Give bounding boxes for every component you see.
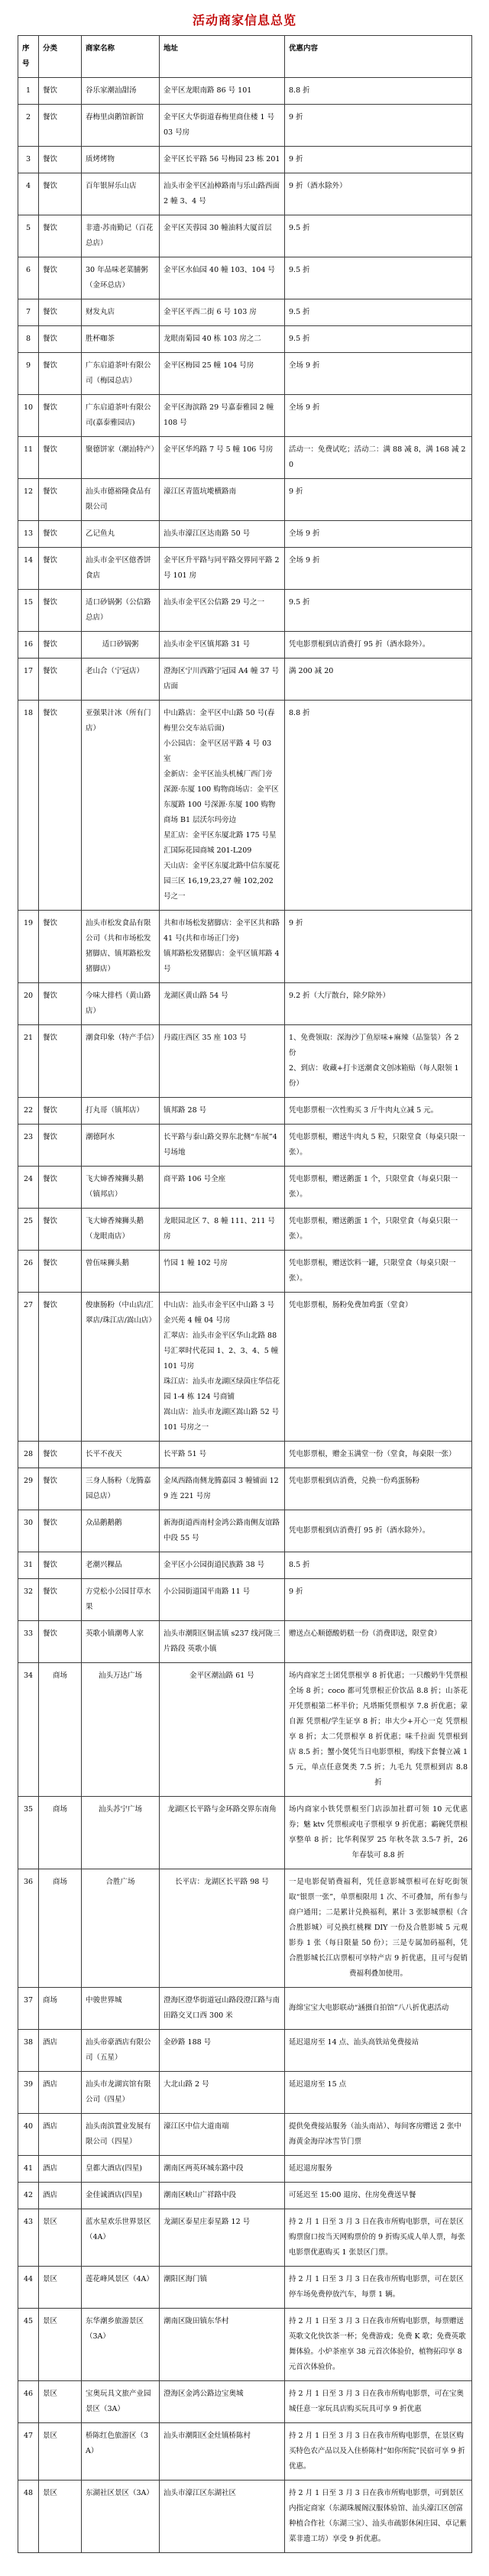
cell-address: 澄海区宁川西路宁冠园 A4 幢 37 号店面 xyxy=(160,659,285,701)
cell-address: 金平区海滨路 29 号嘉泰雅园 2 幢 108 号 xyxy=(160,395,285,437)
cell-discount-content: 1、免费领取：深海沙丁鱼原味+麻辣（品鉴装）各 2 份 2、到店：收藏+打卡送潮… xyxy=(285,1025,472,1098)
cell-serial-number: 23 xyxy=(18,1125,39,1167)
cell-merchant-name: 潮德阿水 xyxy=(82,1125,160,1167)
cell-address: 龙湖区黄山路 54 号 xyxy=(160,983,285,1025)
cell-category: 景区 xyxy=(39,2481,82,2553)
table-row: 47 景区 桥陈红色旅游区（3A） 汕头市潮阳区金灶镇桥陈村 持 2 月 1 日… xyxy=(18,2423,472,2481)
cell-category: 景区 xyxy=(39,2309,82,2381)
cell-address: 潮南区两英环城东路中段 xyxy=(160,2156,285,2183)
table-row: 21 餐饮 潮食印象（特产手信） 丹霞庄西区 35 座 103 号 1、免费领取… xyxy=(18,1025,472,1098)
cell-category: 餐饮 xyxy=(39,659,82,701)
cell-merchant-name: 飞大婶香辣狮头鹅（龙眼南店） xyxy=(82,1209,160,1251)
cell-address: 潮南区陇田镇东华村 xyxy=(160,2309,285,2381)
cell-discount-content: 8.8 折 xyxy=(285,78,472,105)
cell-address: 竹园 1 幢 102 号房 xyxy=(160,1251,285,1293)
cell-discount-content: 持 2 月 1 日至 3 月 3 日在我市所购电影票，可在宝奥城任意一家玩具店购… xyxy=(285,2381,472,2423)
table-row: 31 餐饮 老潮兴粿品 金平区小公园街道民族路 38 号 8.5 折 xyxy=(18,1552,472,1579)
cell-address: 汕头市濠江区东湖社区 xyxy=(160,2481,285,2553)
cell-category: 餐饮 xyxy=(39,701,82,911)
cell-discount-content: 全场 9 折 xyxy=(285,548,472,590)
table-header: 序号 分类 商家名称 地址 优惠内容 xyxy=(18,36,472,78)
cell-merchant-name: 汕头市金平区億香饼食店 xyxy=(82,548,160,590)
cell-merchant-name: 宝奥玩具文旅产业园景区（3A） xyxy=(82,2381,160,2423)
cell-discount-content: 凭电影票根，赠送鹅蛋 1 个，只限堂食（每桌只限一张）。 xyxy=(285,1167,472,1209)
cell-serial-number: 2 xyxy=(18,105,39,147)
cell-merchant-name: 乙记鱼丸 xyxy=(82,521,160,548)
cell-discount-content: 持 2 月 1 日至 3 月 3 日在我市所购电影票，可到景区内指定商家（东湖珠… xyxy=(285,2481,472,2553)
cell-category: 景区 xyxy=(39,2381,82,2423)
cell-category: 餐饮 xyxy=(39,1468,82,1510)
cell-address: 金平区龙眼南路 86 号 101 xyxy=(160,78,285,105)
cell-serial-number: 5 xyxy=(18,215,39,257)
table-row: 24 餐饮 飞大婶香辣狮头鹅（镇邦店） 商平路 106 号全座 凭电影票根，赠送… xyxy=(18,1167,472,1209)
cell-serial-number: 17 xyxy=(18,659,39,701)
table-row: 23 餐饮 潮德阿水 长平路与泰山路交界东北侧“车展”4 号场地 凭电影票根，赠… xyxy=(18,1125,472,1167)
cell-serial-number: 11 xyxy=(18,437,39,479)
table-row: 20 餐饮 今味大排档（黄山路店） 龙湖区黄山路 54 号 9.2 折（大厅散台… xyxy=(18,983,472,1025)
cell-serial-number: 27 xyxy=(18,1293,39,1442)
cell-category: 餐饮 xyxy=(39,983,82,1025)
cell-merchant-name: 皇都大酒店(四星) xyxy=(82,2156,160,2183)
cell-address: 金平区升平路与同平路交界同平路 2 号 101 房 xyxy=(160,548,285,590)
table-row: 27 餐饮 俊康肠粉（中山店/汇翠店/珠江店/嵩山店） 中山店：汕头市金平区中山… xyxy=(18,1293,472,1442)
table-row: 17 餐饮 老山合（宁冠店） 澄海区宁川西路宁冠园 A4 幢 37 号店面 满 … xyxy=(18,659,472,701)
cell-merchant-name: 春梅里卤鹅馆新馆 xyxy=(82,105,160,147)
cell-discount-content: 凭电影票根到店消费打 95 折（酒水除外）。 xyxy=(285,632,472,659)
cell-category: 酒店 xyxy=(39,2072,82,2114)
cell-discount-content: 凭电影票根到店消费打 95 折（酒水除外）。 xyxy=(285,1510,472,1552)
cell-category: 商场 xyxy=(39,1869,82,1988)
cell-serial-number: 33 xyxy=(18,1621,39,1663)
cell-address: 金平区水仙园 40 幢 103、104 号 xyxy=(160,257,285,299)
cell-serial-number: 26 xyxy=(18,1251,39,1293)
cell-discount-content: 9 折 xyxy=(285,479,472,521)
cell-merchant-name: 汕头市松发食品有限公司（共和市场松发猪脚店、镇邦路松发猪脚店） xyxy=(82,911,160,983)
cell-serial-number: 37 xyxy=(18,1988,39,2030)
cell-category: 餐饮 xyxy=(39,1025,82,1098)
column-header-discount: 优惠内容 xyxy=(285,36,472,78)
cell-merchant-name: 三身人肠粉（龙腾嘉园总店） xyxy=(82,1468,160,1510)
table-row: 28 餐饮 长平不夜天 长平路 51 号 凭电影票根，赠金玉满堂一份（堂食，每桌… xyxy=(18,1442,472,1468)
cell-address: 金平区长平路 56 号梅园 23 栋 201 xyxy=(160,147,285,173)
cell-discount-content: 凭电影票根，肠粉免费加鸡蛋（堂食） xyxy=(285,1293,472,1442)
cell-discount-content: 可延迟至 15:00 退房、住房免费送早餐 xyxy=(285,2183,472,2209)
cell-serial-number: 44 xyxy=(18,2267,39,2309)
cell-merchant-name: 适口砂锅粥 xyxy=(82,632,160,659)
table-row: 38 酒店 汕头帝豪酒店有限公司（五星） 金砂路 188 号 延迟退房至 14 … xyxy=(18,2030,472,2072)
cell-merchant-name: 潮食印象（特产手信） xyxy=(82,1025,160,1098)
cell-serial-number: 10 xyxy=(18,395,39,437)
cell-address: 大北山路 2 号 xyxy=(160,2072,285,2114)
cell-address: 中山店：汕头市金平区中山路 3 号金兴苑 4 幢 04 号房 汇翠店：汕头市金平… xyxy=(160,1293,285,1442)
cell-category: 餐饮 xyxy=(39,911,82,983)
cell-discount-content: 场内商家芝士团凭票根享 8 折优惠；一只酸奶牛凭票根全场 8 折；coco 都可… xyxy=(285,1663,472,1797)
cell-category: 景区 xyxy=(39,2209,82,2267)
cell-serial-number: 1 xyxy=(18,78,39,105)
cell-address: 新海街道西南村金鸿公路南侧友谊路中段 55 号 xyxy=(160,1510,285,1552)
cell-category: 餐饮 xyxy=(39,326,82,353)
cell-serial-number: 9 xyxy=(18,353,39,395)
cell-discount-content: 凭电影票根一次性购买 3 斤牛肉丸立减 5 元。 xyxy=(285,1098,472,1125)
cell-address: 金平区潮汕路 61 号 xyxy=(160,1663,285,1797)
cell-category: 餐饮 xyxy=(39,395,82,437)
cell-merchant-name: 广东启道茶叶有限公司（梅园总店） xyxy=(82,353,160,395)
table-row: 42 酒店 金佳诚酒店(四星) 潮南区峡山广祥路中段 可延迟至 15:00 退房… xyxy=(18,2183,472,2209)
cell-address: 丹霞庄西区 35 座 103 号 xyxy=(160,1025,285,1098)
cell-discount-content: 凭电影票根到店消费，兑换一份鸡蛋肠粉 xyxy=(285,1468,472,1510)
cell-category: 餐饮 xyxy=(39,1510,82,1552)
cell-category: 商场 xyxy=(39,1797,82,1869)
cell-merchant-name: 俊康肠粉（中山店/汇翠店/珠江店/嵩山店） xyxy=(82,1293,160,1442)
cell-discount-content: 全场 9 折 xyxy=(285,395,472,437)
table-row: 4 餐饮 百年银屏乐山店 汕头市金平区汕樟路南与乐山路西面 2 幢 3、4 号 … xyxy=(18,173,472,215)
cell-discount-content: 9 折 xyxy=(285,911,472,983)
cell-category: 餐饮 xyxy=(39,1293,82,1442)
cell-discount-content: 9 折 xyxy=(285,147,472,173)
cell-category: 餐饮 xyxy=(39,1621,82,1663)
cell-discount-content: 9.5 折 xyxy=(285,215,472,257)
cell-address: 汕头市濠江区达南路 50 号 xyxy=(160,521,285,548)
table-row: 37 商场 中骏世界城 澄海区澄华街道冠山路段澄江路与南田路交叉口西 300 米… xyxy=(18,1988,472,2030)
cell-category: 餐饮 xyxy=(39,105,82,147)
table-row: 22 餐饮 打丸哥（镇邦店） 镇邦路 28 号 凭电影票根一次性购买 3 斤牛肉… xyxy=(18,1098,472,1125)
cell-serial-number: 45 xyxy=(18,2309,39,2381)
cell-merchant-name: 广东启道茶叶有限公司(嘉泰雅园店) xyxy=(82,395,160,437)
table-row: 1 餐饮 谷乐家潮汕甜汤 金平区龙眼南路 86 号 101 8.8 折 xyxy=(18,78,472,105)
cell-address: 共和市场松发猪脚店：金平区共和路 41 号(共和市场正门旁) 镇邦路松发猪脚店：… xyxy=(160,911,285,983)
cell-serial-number: 16 xyxy=(18,632,39,659)
cell-merchant-name: 胜杯咖茶 xyxy=(82,326,160,353)
cell-merchant-name: 众品鹅鹅鹅 xyxy=(82,1510,160,1552)
cell-serial-number: 34 xyxy=(18,1663,39,1797)
cell-category: 餐饮 xyxy=(39,548,82,590)
cell-address: 金凤西路南侧龙腾嘉园 3 幢铺面 129 连 221 号房 xyxy=(160,1468,285,1510)
cell-address: 龙眼南菊园 40 栋 103 房之二 xyxy=(160,326,285,353)
cell-category: 餐饮 xyxy=(39,299,82,326)
cell-serial-number: 12 xyxy=(18,479,39,521)
table-row: 16 餐饮 适口砂锅粥 汕头市金平区镇邦路 31 号 凭电影票根到店消费打 95… xyxy=(18,632,472,659)
table-row: 10 餐饮 广东启道茶叶有限公司(嘉泰雅园店) 金平区海滨路 29 号嘉泰雅园 … xyxy=(18,395,472,437)
cell-address: 长平路 51 号 xyxy=(160,1442,285,1468)
cell-merchant-name: 聚德饼家（潮汕特产） xyxy=(82,437,160,479)
table-row: 7 餐饮 财发丸店 金平区平西二街 6 号 103 房 9.5 折 xyxy=(18,299,472,326)
header-row: 序号 分类 商家名称 地址 优惠内容 xyxy=(18,36,472,78)
cell-serial-number: 14 xyxy=(18,548,39,590)
cell-address: 金平区大华街道春梅里商住楼 1 号 03 号房 xyxy=(160,105,285,147)
cell-merchant-name: 打丸哥（镇邦店） xyxy=(82,1098,160,1125)
table-row: 25 餐饮 飞大婶香辣狮头鹅（龙眼南店） 龙眼园北区 7、8 幢 111、211… xyxy=(18,1209,472,1251)
cell-category: 景区 xyxy=(39,2267,82,2309)
cell-serial-number: 18 xyxy=(18,701,39,911)
table-row: 14 餐饮 汕头市金平区億香饼食店 金平区升平路与同平路交界同平路 2 号 10… xyxy=(18,548,472,590)
document-page: 活动商家信息总览 序号 分类 商家名称 地址 优惠内容 1 餐饮 谷乐家潮汕甜汤… xyxy=(0,0,489,2576)
cell-serial-number: 48 xyxy=(18,2481,39,2553)
cell-discount-content: 满 200 减 20 xyxy=(285,659,472,701)
cell-category: 餐饮 xyxy=(39,353,82,395)
table-row: 11 餐饮 聚德饼家（潮汕特产） 金平区华坞路 7 号 5 幢 106 号房 活… xyxy=(18,437,472,479)
cell-address: 濠江区青篮坑墘横路南 xyxy=(160,479,285,521)
cell-merchant-name: 东湖社区景区（3A） xyxy=(82,2481,160,2553)
cell-address: 潮南区峡山广祥路中段 xyxy=(160,2183,285,2209)
cell-discount-content: 9.5 折 xyxy=(285,257,472,299)
cell-merchant-name: 质烤烤物 xyxy=(82,147,160,173)
cell-category: 餐饮 xyxy=(39,590,82,632)
cell-category: 餐饮 xyxy=(39,437,82,479)
table-row: 8 餐饮 胜杯咖茶 龙眼南菊园 40 栋 103 房之二 9.5 折 xyxy=(18,326,472,353)
cell-address: 龙湖区长平路与金环路交界东南角 xyxy=(160,1797,285,1869)
cell-serial-number: 24 xyxy=(18,1167,39,1209)
table-row: 32 餐饮 方党松小公园甘草水果 小公园街道国平南路 11 号 9 折 xyxy=(18,1579,472,1621)
cell-discount-content: 凭电影票根，赠送牛肉丸 5 粒，只限堂食（每桌只限一张）。 xyxy=(285,1125,472,1167)
cell-discount-content: 延迟退房至 15 点 xyxy=(285,2072,472,2114)
cell-category: 餐饮 xyxy=(39,521,82,548)
cell-merchant-name: 汕头市德裕隆食品有限公司 xyxy=(82,479,160,521)
cell-category: 商场 xyxy=(39,1988,82,2030)
column-header-no: 序号 xyxy=(18,36,39,78)
cell-discount-content: 持 2 月 1 日至 3 月 3 日在我市所购电影票，可在景区购票窗口按当天网购… xyxy=(285,2209,472,2267)
cell-serial-number: 29 xyxy=(18,1468,39,1510)
cell-discount-content: 赠送点心顺德酸奶糕一份（消费即送，限堂食） xyxy=(285,1621,472,1663)
cell-serial-number: 46 xyxy=(18,2381,39,2423)
table-row: 29 餐饮 三身人肠粉（龙腾嘉园总店） 金凤西路南侧龙腾嘉园 3 幢铺面 129… xyxy=(18,1468,472,1510)
cell-discount-content: 凭电影票根，赠金玉满堂一份（堂食，每桌限一张） xyxy=(285,1442,472,1468)
cell-address: 汕头市金平区镇邦路 31 号 xyxy=(160,632,285,659)
cell-serial-number: 8 xyxy=(18,326,39,353)
cell-discount-content: 海绵宝宝大电影联动“涵摄自拍馆”八八折优惠活动 xyxy=(285,1988,472,2030)
cell-category: 餐饮 xyxy=(39,1167,82,1209)
cell-serial-number: 40 xyxy=(18,2114,39,2156)
table-row: 34 商场 汕头万达广场 金平区潮汕路 61 号 场内商家芝士团凭票根享 8 折… xyxy=(18,1663,472,1797)
cell-discount-content: 全场 9 折 xyxy=(285,521,472,548)
table-row: 9 餐饮 广东启道茶叶有限公司（梅园总店） 金平区梅园 25 幢 104 号房 … xyxy=(18,353,472,395)
cell-discount-content: 9 折 xyxy=(285,1579,472,1621)
cell-merchant-name: 财发丸店 xyxy=(82,299,160,326)
cell-serial-number: 47 xyxy=(18,2423,39,2481)
cell-serial-number: 35 xyxy=(18,1797,39,1869)
cell-discount-content: 持 2 月 1 日至 3 月 3 日在我市所购电影票，可在景区停车场免费停放汽车… xyxy=(285,2267,472,2309)
table-row: 2 餐饮 春梅里卤鹅馆新馆 金平区大华街道春梅里商住楼 1 号 03 号房 9 … xyxy=(18,105,472,147)
cell-serial-number: 22 xyxy=(18,1098,39,1125)
cell-discount-content: 9.5 折 xyxy=(285,590,472,632)
table-row: 43 景区 蓝水星欢乐世界景区（4A） 龙湖区泰星庄泰星路 12 号 持 2 月… xyxy=(18,2209,472,2267)
table-row: 35 商场 汕头苏宁广场 龙湖区长平路与金环路交界东南角 场内商家小铁凭票根至门… xyxy=(18,1797,472,1869)
cell-serial-number: 15 xyxy=(18,590,39,632)
cell-category: 餐饮 xyxy=(39,1125,82,1167)
cell-address: 金平区小公园街道民族路 38 号 xyxy=(160,1552,285,1579)
cell-merchant-name: 长平不夜天 xyxy=(82,1442,160,1468)
cell-merchant-name: 汕头市龙湖宾馆有限公司（四星） xyxy=(82,2072,160,2114)
cell-merchant-name: 中骏世界城 xyxy=(82,1988,160,2030)
cell-merchant-name: 30 年品味老菜脯粥（金环总店） xyxy=(82,257,160,299)
cell-merchant-name: 方党松小公园甘草水果 xyxy=(82,1579,160,1621)
cell-discount-content: 延迟退房至 14 点、汕头高铁站免费接站 xyxy=(285,2030,472,2072)
cell-serial-number: 41 xyxy=(18,2156,39,2183)
cell-address: 濠江区中信大道南端 xyxy=(160,2114,285,2156)
cell-category: 餐饮 xyxy=(39,1098,82,1125)
cell-serial-number: 36 xyxy=(18,1869,39,1988)
cell-address: 汕头市金平区公信路 29 号之一 xyxy=(160,590,285,632)
cell-address: 龙湖区泰星庄泰星路 12 号 xyxy=(160,2209,285,2267)
cell-merchant-name: 谷乐家潮汕甜汤 xyxy=(82,78,160,105)
cell-merchant-name: 适口砂锅粥（公信路总店） xyxy=(82,590,160,632)
cell-address: 金砂路 188 号 xyxy=(160,2030,285,2072)
table-row: 44 景区 莲花峰风景区（4A） 潮阳区海门镇 持 2 月 1 日至 3 月 3… xyxy=(18,2267,472,2309)
cell-merchant-name: 汕头帝豪酒店有限公司（五星） xyxy=(82,2030,160,2072)
cell-merchant-name: 汕头南滨置业发展有限公司（四星） xyxy=(82,2114,160,2156)
cell-address: 镇邦路 28 号 xyxy=(160,1098,285,1125)
cell-discount-content: 一是电影促销费福利，凭任意影城票根可在好吃街领取“银票一张”，单票根限用 1 次… xyxy=(285,1869,472,1988)
table-row: 26 餐饮 曾伍味狮头鹅 竹园 1 幢 102 号房 凭电影票根，赠送饮料一罐，… xyxy=(18,1251,472,1293)
cell-serial-number: 3 xyxy=(18,147,39,173)
table-row: 30 餐饮 众品鹅鹅鹅 新海街道西南村金鸿公路南侧友谊路中段 55 号 凭电影票… xyxy=(18,1510,472,1552)
cell-discount-content: 9.5 折 xyxy=(285,326,472,353)
cell-serial-number: 43 xyxy=(18,2209,39,2267)
cell-merchant-name: 今味大排档（黄山路店） xyxy=(82,983,160,1025)
cell-merchant-name: 东华潮乡旅游景区（3A） xyxy=(82,2309,160,2381)
cell-serial-number: 25 xyxy=(18,1209,39,1251)
merchant-table: 序号 分类 商家名称 地址 优惠内容 1 餐饮 谷乐家潮汕甜汤 金平区龙眼南路 … xyxy=(18,35,472,2553)
cell-merchant-name: 曾伍味狮头鹅 xyxy=(82,1251,160,1293)
cell-serial-number: 31 xyxy=(18,1552,39,1579)
table-row: 19 餐饮 汕头市松发食品有限公司（共和市场松发猪脚店、镇邦路松发猪脚店） 共和… xyxy=(18,911,472,983)
cell-discount-content: 活动一：免费试吃；活动二：满 88 减 8，满 168 减 20 xyxy=(285,437,472,479)
cell-category: 餐饮 xyxy=(39,479,82,521)
cell-merchant-name: 老山合（宁冠店） xyxy=(82,659,160,701)
cell-merchant-name: 桥陈红色旅游区（3A） xyxy=(82,2423,160,2481)
cell-address: 金平区平西二街 6 号 103 房 xyxy=(160,299,285,326)
cell-category: 酒店 xyxy=(39,2030,82,2072)
cell-category: 餐饮 xyxy=(39,257,82,299)
table-row: 36 商场 合胜广场 长平店：龙湖区长平路 98 号 一是电影促销费福利，凭任意… xyxy=(18,1869,472,1988)
cell-discount-content: 9 折（酒水除外） xyxy=(285,173,472,215)
cell-merchant-name: 汕头万达广场 xyxy=(82,1663,160,1797)
cell-address: 汕头市金平区汕樟路南与乐山路西面 2 幢 3、4 号 xyxy=(160,173,285,215)
column-header-name: 商家名称 xyxy=(82,36,160,78)
cell-category: 酒店 xyxy=(39,2156,82,2183)
cell-serial-number: 39 xyxy=(18,2072,39,2114)
cell-discount-content: 9.2 折（大厅散台，除夕除外） xyxy=(285,983,472,1025)
table-row: 13 餐饮 乙记鱼丸 汕头市濠江区达南路 50 号 全场 9 折 xyxy=(18,521,472,548)
page-title: 活动商家信息总览 xyxy=(18,11,471,28)
cell-address: 汕头市潮阳区金灶镇桥陈村 xyxy=(160,2423,285,2481)
cell-discount-content: 9.5 折 xyxy=(285,299,472,326)
cell-discount-content: 8.5 折 xyxy=(285,1552,472,1579)
cell-merchant-name: 老潮兴粿品 xyxy=(82,1552,160,1579)
cell-discount-content: 延迟退房服务 xyxy=(285,2156,472,2183)
cell-merchant-name: 汕头苏宁广场 xyxy=(82,1797,160,1869)
cell-address: 潮阳区海门镇 xyxy=(160,2267,285,2309)
cell-discount-content: 提供免费接站服务（汕头南站）、每间客房赠送 2 张中海黄金海岸冰雪节门票 xyxy=(285,2114,472,2156)
cell-discount-content: 场内商家小铁凭票根至门店添加社群可领 10 元优惠券；魅 ktv 凭票根或电子票… xyxy=(285,1797,472,1869)
cell-serial-number: 19 xyxy=(18,911,39,983)
cell-discount-content: 持 2 月 1 日至 3 月 3 日在我市所购电影票，在景区购买特色农产品以及入… xyxy=(285,2423,472,2481)
table-row: 5 餐饮 非遗·苏南勤记（百花总店） 金平区芙蓉园 30 幢油料大厦首层 9.5… xyxy=(18,215,472,257)
cell-address: 金平区梅园 25 幢 104 号房 xyxy=(160,353,285,395)
cell-merchant-name: 飞大婶香辣狮头鹅（镇邦店） xyxy=(82,1167,160,1209)
cell-merchant-name: 英歌小镇潮粤人家 xyxy=(82,1621,160,1663)
cell-serial-number: 32 xyxy=(18,1579,39,1621)
table-row: 12 餐饮 汕头市德裕隆食品有限公司 濠江区青篮坑墘横路南 9 折 xyxy=(18,479,472,521)
cell-category: 酒店 xyxy=(39,2183,82,2209)
cell-category: 餐饮 xyxy=(39,215,82,257)
table-row: 46 景区 宝奥玩具文旅产业园景区（3A） 澄海区金鸿公路边宝奥城 持 2 月 … xyxy=(18,2381,472,2423)
cell-serial-number: 21 xyxy=(18,1025,39,1098)
cell-category: 商场 xyxy=(39,1663,82,1797)
table-row: 48 景区 东湖社区景区（3A） 汕头市濠江区东湖社区 持 2 月 1 日至 3… xyxy=(18,2481,472,2553)
cell-merchant-name: 合胜广场 xyxy=(82,1869,160,1988)
column-header-category: 分类 xyxy=(39,36,82,78)
cell-address: 商平路 106 号全座 xyxy=(160,1167,285,1209)
cell-category: 酒店 xyxy=(39,2114,82,2156)
table-row: 40 酒店 汕头南滨置业发展有限公司（四星） 濠江区中信大道南端 提供免费接站服… xyxy=(18,2114,472,2156)
cell-merchant-name: 蓝水星欢乐世界景区（4A） xyxy=(82,2209,160,2267)
column-header-address: 地址 xyxy=(160,36,285,78)
cell-category: 餐饮 xyxy=(39,147,82,173)
table-body: 1 餐饮 谷乐家潮汕甜汤 金平区龙眼南路 86 号 101 8.8 折 2 餐饮… xyxy=(18,78,472,2553)
table-row: 33 餐饮 英歌小镇潮粤人家 汕头市潮阳区铜盂镇 s237 线河陇三片路段 英歌… xyxy=(18,1621,472,1663)
cell-merchant-name: 百年银屏乐山店 xyxy=(82,173,160,215)
table-row: 3 餐饮 质烤烤物 金平区长平路 56 号梅园 23 栋 201 9 折 xyxy=(18,147,472,173)
cell-category: 餐饮 xyxy=(39,173,82,215)
cell-address: 金平区华坞路 7 号 5 幢 106 号房 xyxy=(160,437,285,479)
cell-serial-number: 13 xyxy=(18,521,39,548)
cell-serial-number: 28 xyxy=(18,1442,39,1468)
cell-serial-number: 4 xyxy=(18,173,39,215)
cell-address: 中山路店：金平区中山路 50 号(春梅里公交车站后面) 小公园店：金平区居平路 … xyxy=(160,701,285,911)
table-row: 45 景区 东华潮乡旅游景区（3A） 潮南区陇田镇东华村 持 2 月 1 日至 … xyxy=(18,2309,472,2381)
cell-serial-number: 6 xyxy=(18,257,39,299)
cell-address: 小公园街道国平南路 11 号 xyxy=(160,1579,285,1621)
cell-category: 餐饮 xyxy=(39,1552,82,1579)
cell-address: 长平路与泰山路交界东北侧“车展”4 号场地 xyxy=(160,1125,285,1167)
cell-category: 餐饮 xyxy=(39,1251,82,1293)
cell-merchant-name: 亚强果汁冰（所有门店） xyxy=(82,701,160,911)
table-row: 39 酒店 汕头市龙湖宾馆有限公司（四星） 大北山路 2 号 延迟退房至 15 … xyxy=(18,2072,472,2114)
table-row: 41 酒店 皇都大酒店(四星) 潮南区两英环城东路中段 延迟退房服务 xyxy=(18,2156,472,2183)
cell-category: 餐饮 xyxy=(39,1579,82,1621)
cell-category: 景区 xyxy=(39,2423,82,2481)
cell-category: 餐饮 xyxy=(39,1442,82,1468)
cell-category: 餐饮 xyxy=(39,78,82,105)
cell-merchant-name: 非遗·苏南勤记（百花总店） xyxy=(82,215,160,257)
cell-discount-content: 9 折 xyxy=(285,105,472,147)
cell-address: 长平店：龙湖区长平路 98 号 xyxy=(160,1869,285,1988)
cell-category: 餐饮 xyxy=(39,1209,82,1251)
cell-serial-number: 20 xyxy=(18,983,39,1025)
cell-category: 餐饮 xyxy=(39,632,82,659)
cell-address: 澄海区澄华街道冠山路段澄江路与南田路交叉口西 300 米 xyxy=(160,1988,285,2030)
cell-address: 澄海区金鸿公路边宝奥城 xyxy=(160,2381,285,2423)
cell-address: 金平区芙蓉园 30 幢油料大厦首层 xyxy=(160,215,285,257)
cell-serial-number: 42 xyxy=(18,2183,39,2209)
cell-discount-content: 凭电影票根，赠送饮料一罐，只限堂食（每桌只限一张）。 xyxy=(285,1251,472,1293)
table-row: 15 餐饮 适口砂锅粥（公信路总店） 汕头市金平区公信路 29 号之一 9.5 … xyxy=(18,590,472,632)
cell-serial-number: 30 xyxy=(18,1510,39,1552)
cell-address: 龙眼园北区 7、8 幢 111、211 号房 xyxy=(160,1209,285,1251)
table-row: 6 餐饮 30 年品味老菜脯粥（金环总店） 金平区水仙园 40 幢 103、10… xyxy=(18,257,472,299)
cell-merchant-name: 金佳诚酒店(四星) xyxy=(82,2183,160,2209)
cell-discount-content: 凭电影票根，赠送鹅蛋 1 个，只限堂食（每桌只限一张）。 xyxy=(285,1209,472,1251)
cell-discount-content: 全场 9 折 xyxy=(285,353,472,395)
table-row: 18 餐饮 亚强果汁冰（所有门店） 中山路店：金平区中山路 50 号(春梅里公交… xyxy=(18,701,472,911)
cell-discount-content: 8.8 折 xyxy=(285,701,472,911)
cell-serial-number: 7 xyxy=(18,299,39,326)
cell-merchant-name: 莲花峰风景区（4A） xyxy=(82,2267,160,2309)
cell-address: 汕头市潮阳区铜盂镇 s237 线河陇三片路段 英歌小镇 xyxy=(160,1621,285,1663)
cell-serial-number: 38 xyxy=(18,2030,39,2072)
cell-discount-content: 持 2 月 1 日至 3 月 3 日在我市所购电影票，每票赠送英歌文化快饮茶一杯… xyxy=(285,2309,472,2381)
